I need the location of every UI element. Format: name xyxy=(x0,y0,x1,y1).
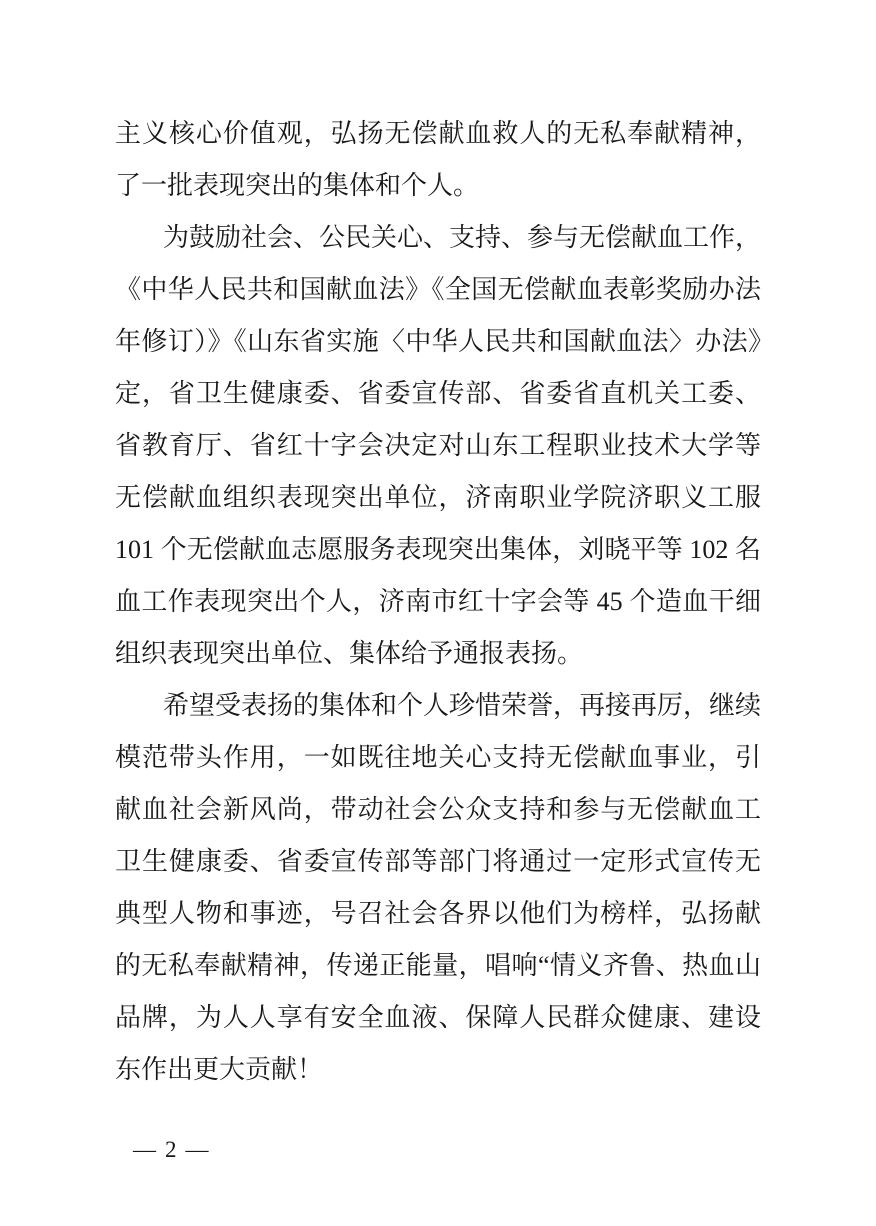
document-body: 主义核心价值观，弘扬无偿献血救人的无私奉献精神，涌现出 了一批表现突出的集体和个… xyxy=(115,108,761,1096)
text-line: 东作出更大贡献！ xyxy=(115,1044,761,1096)
text-line: 的无私奉献精神，传递正能量，唱响“情义齐鲁、热血山东” xyxy=(115,940,761,992)
text-line: 希望受表扬的集体和个人珍惜荣誉，再接再厉，继续发挥 xyxy=(115,680,761,732)
document-page: 主义核心价值观，弘扬无偿献血救人的无私奉献精神，涌现出 了一批表现突出的集体和个… xyxy=(0,0,876,1226)
page-footer: — 2 — xyxy=(133,1133,209,1167)
text-line: 定，省卫生健康委、省委宣传部、省委省直机关工委、团省委、 xyxy=(115,368,761,420)
page-number: 2 xyxy=(165,1133,177,1167)
footer-left-dash: — xyxy=(133,1133,156,1167)
text-line: 模范带头作用，一如既往地关心支持无偿献血事业，引领无偿 xyxy=(115,732,761,784)
text-line: 无偿献血组织表现突出单位，济南职业学院济职义工服务队等 xyxy=(115,472,761,524)
text-line: 献血社会新风尚，带动社会公众支持和参与无偿献血工作。省 xyxy=(115,784,761,836)
text-line: 卫生健康委、省委宣传部等部门将通过一定形式宣传无偿献血 xyxy=(115,836,761,888)
text-line: 《中华人民共和国献血法》《全国无偿献血表彰奖励办法（2014 xyxy=(115,264,761,316)
text-line: 组织表现突出单位、集体给予通报表扬。 xyxy=(115,628,761,680)
text-line: 省教育厅、省红十字会决定对山东工程职业技术大学等 201 个 xyxy=(115,420,761,472)
text-line: 主义核心价值观，弘扬无偿献血救人的无私奉献精神，涌现出 xyxy=(115,108,761,160)
footer-right-dash: — xyxy=(186,1133,209,1167)
text-line: 典型人物和事迹，号召社会各界以他们为榜样，弘扬献血救人 xyxy=(115,888,761,940)
text-line: 品牌，为人人享有安全血液、保障人民群众健康、建设健康山 xyxy=(115,992,761,1044)
text-line: 为鼓励社会、公民关心、支持、参与无偿献血工作，根据 xyxy=(115,212,761,264)
text-line: 101 个无偿献血志愿服务表现突出集体，刘晓平等 102 名无偿献 xyxy=(115,524,761,576)
text-line: 血工作表现突出个人，济南市红十字会等 45 个造血干细胞捐献 xyxy=(115,576,761,628)
text-line: 年修订）》《山东省实施〈中华人民共和国献血法〉办法》等规 xyxy=(115,316,761,368)
text-line: 了一批表现突出的集体和个人。 xyxy=(115,160,761,212)
